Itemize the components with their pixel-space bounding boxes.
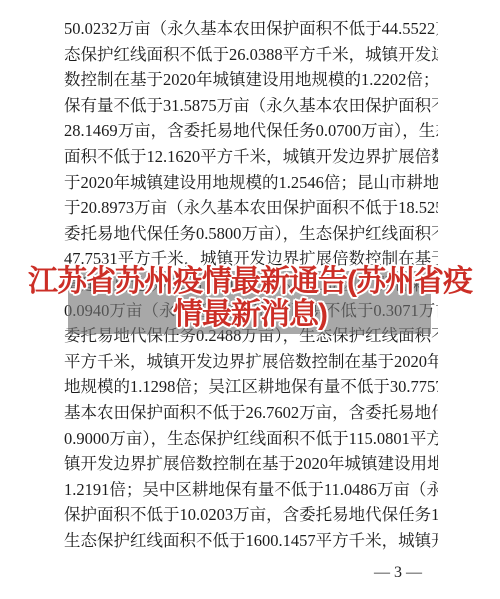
document-text-line: 于20.8973万亩（永久基本农田保护面积不低于18.5254万亩，含 (64, 195, 438, 221)
page-number: — 3 — (374, 564, 422, 582)
document-page: 50.0232万亩（永久基本农田保护面积不低于44.5522万亩），生 态保护红… (0, 0, 500, 599)
document-text-line: 面积不低于12.1620平方千米，城镇开发边界扩展倍数控制在基 (64, 144, 438, 170)
document-text-line: 基本农田保护面积不低于26.7602万亩，含委托易地代保任务 (64, 400, 438, 426)
watermark-title: 江苏省苏州疫情最新通告(苏州省疫 情最新消息) (0, 265, 500, 331)
document-text-line: 镇开发边界扩展倍数控制在基于2020年城镇建设用地规模的 (64, 451, 438, 477)
watermark-title-line1: 江苏省苏州疫情最新通告(苏州省疫 (0, 265, 500, 298)
document-text-line: 委托易地代保任务0.5800万亩），生态保护红线面积不低于 (64, 221, 438, 247)
document-text-line: 生态保护红线面积不低于1600.1457平方千米，城镇开发边界扩 (64, 528, 438, 554)
document-text-line: 态保护红线面积不低于26.0388平方千米，城镇开发边界扩展倍 (64, 42, 438, 68)
document-text-line: 28.1469万亩，含委托易地代保任务0.0700万亩），生态保护红线 (64, 118, 438, 144)
document-text-line: 数控制在基于2020年城镇建设用地规模的1.2202倍；太仓市耕地 (64, 67, 438, 93)
document-text-line: 0.9000万亩），生态保护红线面积不低于115.0801平方千米，城 (64, 426, 438, 452)
document-text-line: 平方千米，城镇开发边界扩展倍数控制在基于2020年城镇建设用 (64, 349, 438, 375)
document-text-line: 1.2191倍；吴中区耕地保有量不低于11.0486万亩（永久基本农田 (64, 477, 438, 503)
document-text-line: 地规模的1.1298倍；吴江区耕地保有量不低于30.7757万亩（永久 (64, 374, 438, 400)
document-text-line: 于2020年城镇建设用地规模的1.2546倍；昆山市耕地保有量不低 (64, 170, 438, 196)
document-text-line: 保护面积不低于10.0203万亩，含委托易地代保任务1.1300万亩）， (64, 502, 438, 528)
watermark-title-line2: 情最新消息) (0, 298, 500, 331)
document-text-line: 保有量不低于31.5875万亩（永久基本农田保护面积不低于 (64, 93, 438, 119)
document-text-line: 50.0232万亩（永久基本农田保护面积不低于44.5522万亩），生 (64, 16, 438, 42)
